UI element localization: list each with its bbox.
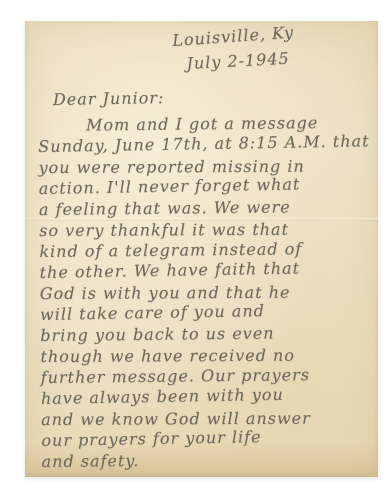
letter-body-line: though we have received no	[40, 344, 376, 367]
letter-body-line: and safety.	[42, 447, 378, 472]
letter-body-line: a feeling that was. We were	[39, 195, 375, 220]
letter-body-line: the other. We have faith that	[39, 256, 375, 283]
letter-body-line: have always been with you	[41, 382, 377, 409]
letter-date: July 2-1945	[186, 49, 290, 73]
letter-body-line: our prayers for your life	[41, 424, 377, 451]
letter-heading: Louisville, Ky July 2-1945	[173, 31, 295, 73]
letter-salutation: Dear Junior:	[53, 88, 165, 109]
letter-place: Louisville, Ky	[172, 23, 295, 50]
letter-body-line: so very thankful it was that	[39, 218, 375, 241]
letter-body: Mom and I got a messageSunday, June 17th…	[38, 111, 378, 471]
letter-body-line: action. I'll never forget what	[39, 172, 375, 199]
letter-body-line: bring you back to us even	[40, 321, 376, 346]
letter-paper: Louisville, Ky July 2-1945 Dear Junior: …	[25, 21, 378, 477]
letter-body-line: will take care of you and	[40, 298, 376, 325]
letter-body-line: Sunday, June 17th, at 8:15 A.M. that	[38, 130, 374, 157]
